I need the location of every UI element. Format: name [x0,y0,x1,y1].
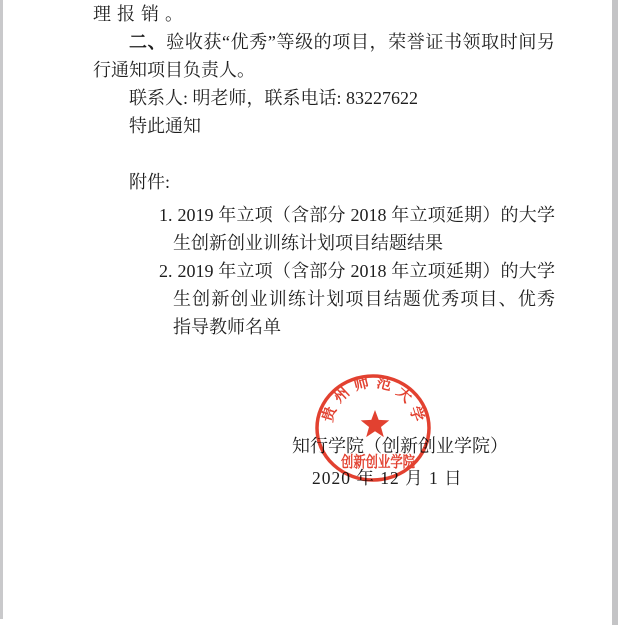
attachment-2-line-1: 2.2019 年立项（含部分 2018 年立项延期）的大学 [159,257,555,285]
attachments-label: 附件: [93,168,555,196]
attachment-2-line-3: 指导教师名单 [173,313,555,341]
official-seal-stamp: 贵州师范大学 创新创业学院 [310,370,440,488]
document-page: 理报销。 二、验收获“优秀”等级的项目，荣誉证书领取时间另 行通知项目负责人。 … [0,0,618,625]
body-line-continuation: 理报销。 [93,0,555,28]
attachment-2-line-2: 生创新创业训练计划项目结题优秀项目、优秀 [173,285,555,313]
attachment-2-number: 2. [159,261,173,281]
body-line-item2: 二、验收获“优秀”等级的项目，荣誉证书领取时间另 [93,28,555,56]
contact-line: 联系人: 明老师，联系电话: 83227622 [93,84,555,112]
attachment-1-number: 1. [159,205,173,225]
closing-line: 特此通知 [93,112,555,140]
attachment-1-line-1: 1.2019 年立项（含部分 2018 年立项延期）的大学 [159,201,555,229]
blank-line [93,140,555,168]
attachment-1-line-2: 生创新创业训练计划项目结题结果 [173,229,555,257]
seal-star-icon [361,410,390,437]
attachment-2-text: 2019 年立项（含部分 2018 年立项延期）的大学 [178,261,556,281]
attachments-list: 1.2019 年立项（含部分 2018 年立项延期）的大学 生创新创业训练计划项… [93,201,555,341]
attachment-1-text: 2019 年立项（含部分 2018 年立项延期）的大学 [178,205,556,225]
page-right-edge [612,0,618,625]
seal-college-text: 创新创业学院 [340,452,415,471]
item2-text: 验收获“优秀”等级的项目，荣誉证书领取时间另 [166,32,555,52]
document-body: 理报销。 二、验收获“优秀”等级的项目，荣誉证书领取时间另 行通知项目负责人。 … [93,0,555,341]
page-left-edge [0,0,3,619]
body-line-item2-wrap: 行通知项目负责人。 [93,56,555,84]
item2-number: 二、 [129,32,166,52]
